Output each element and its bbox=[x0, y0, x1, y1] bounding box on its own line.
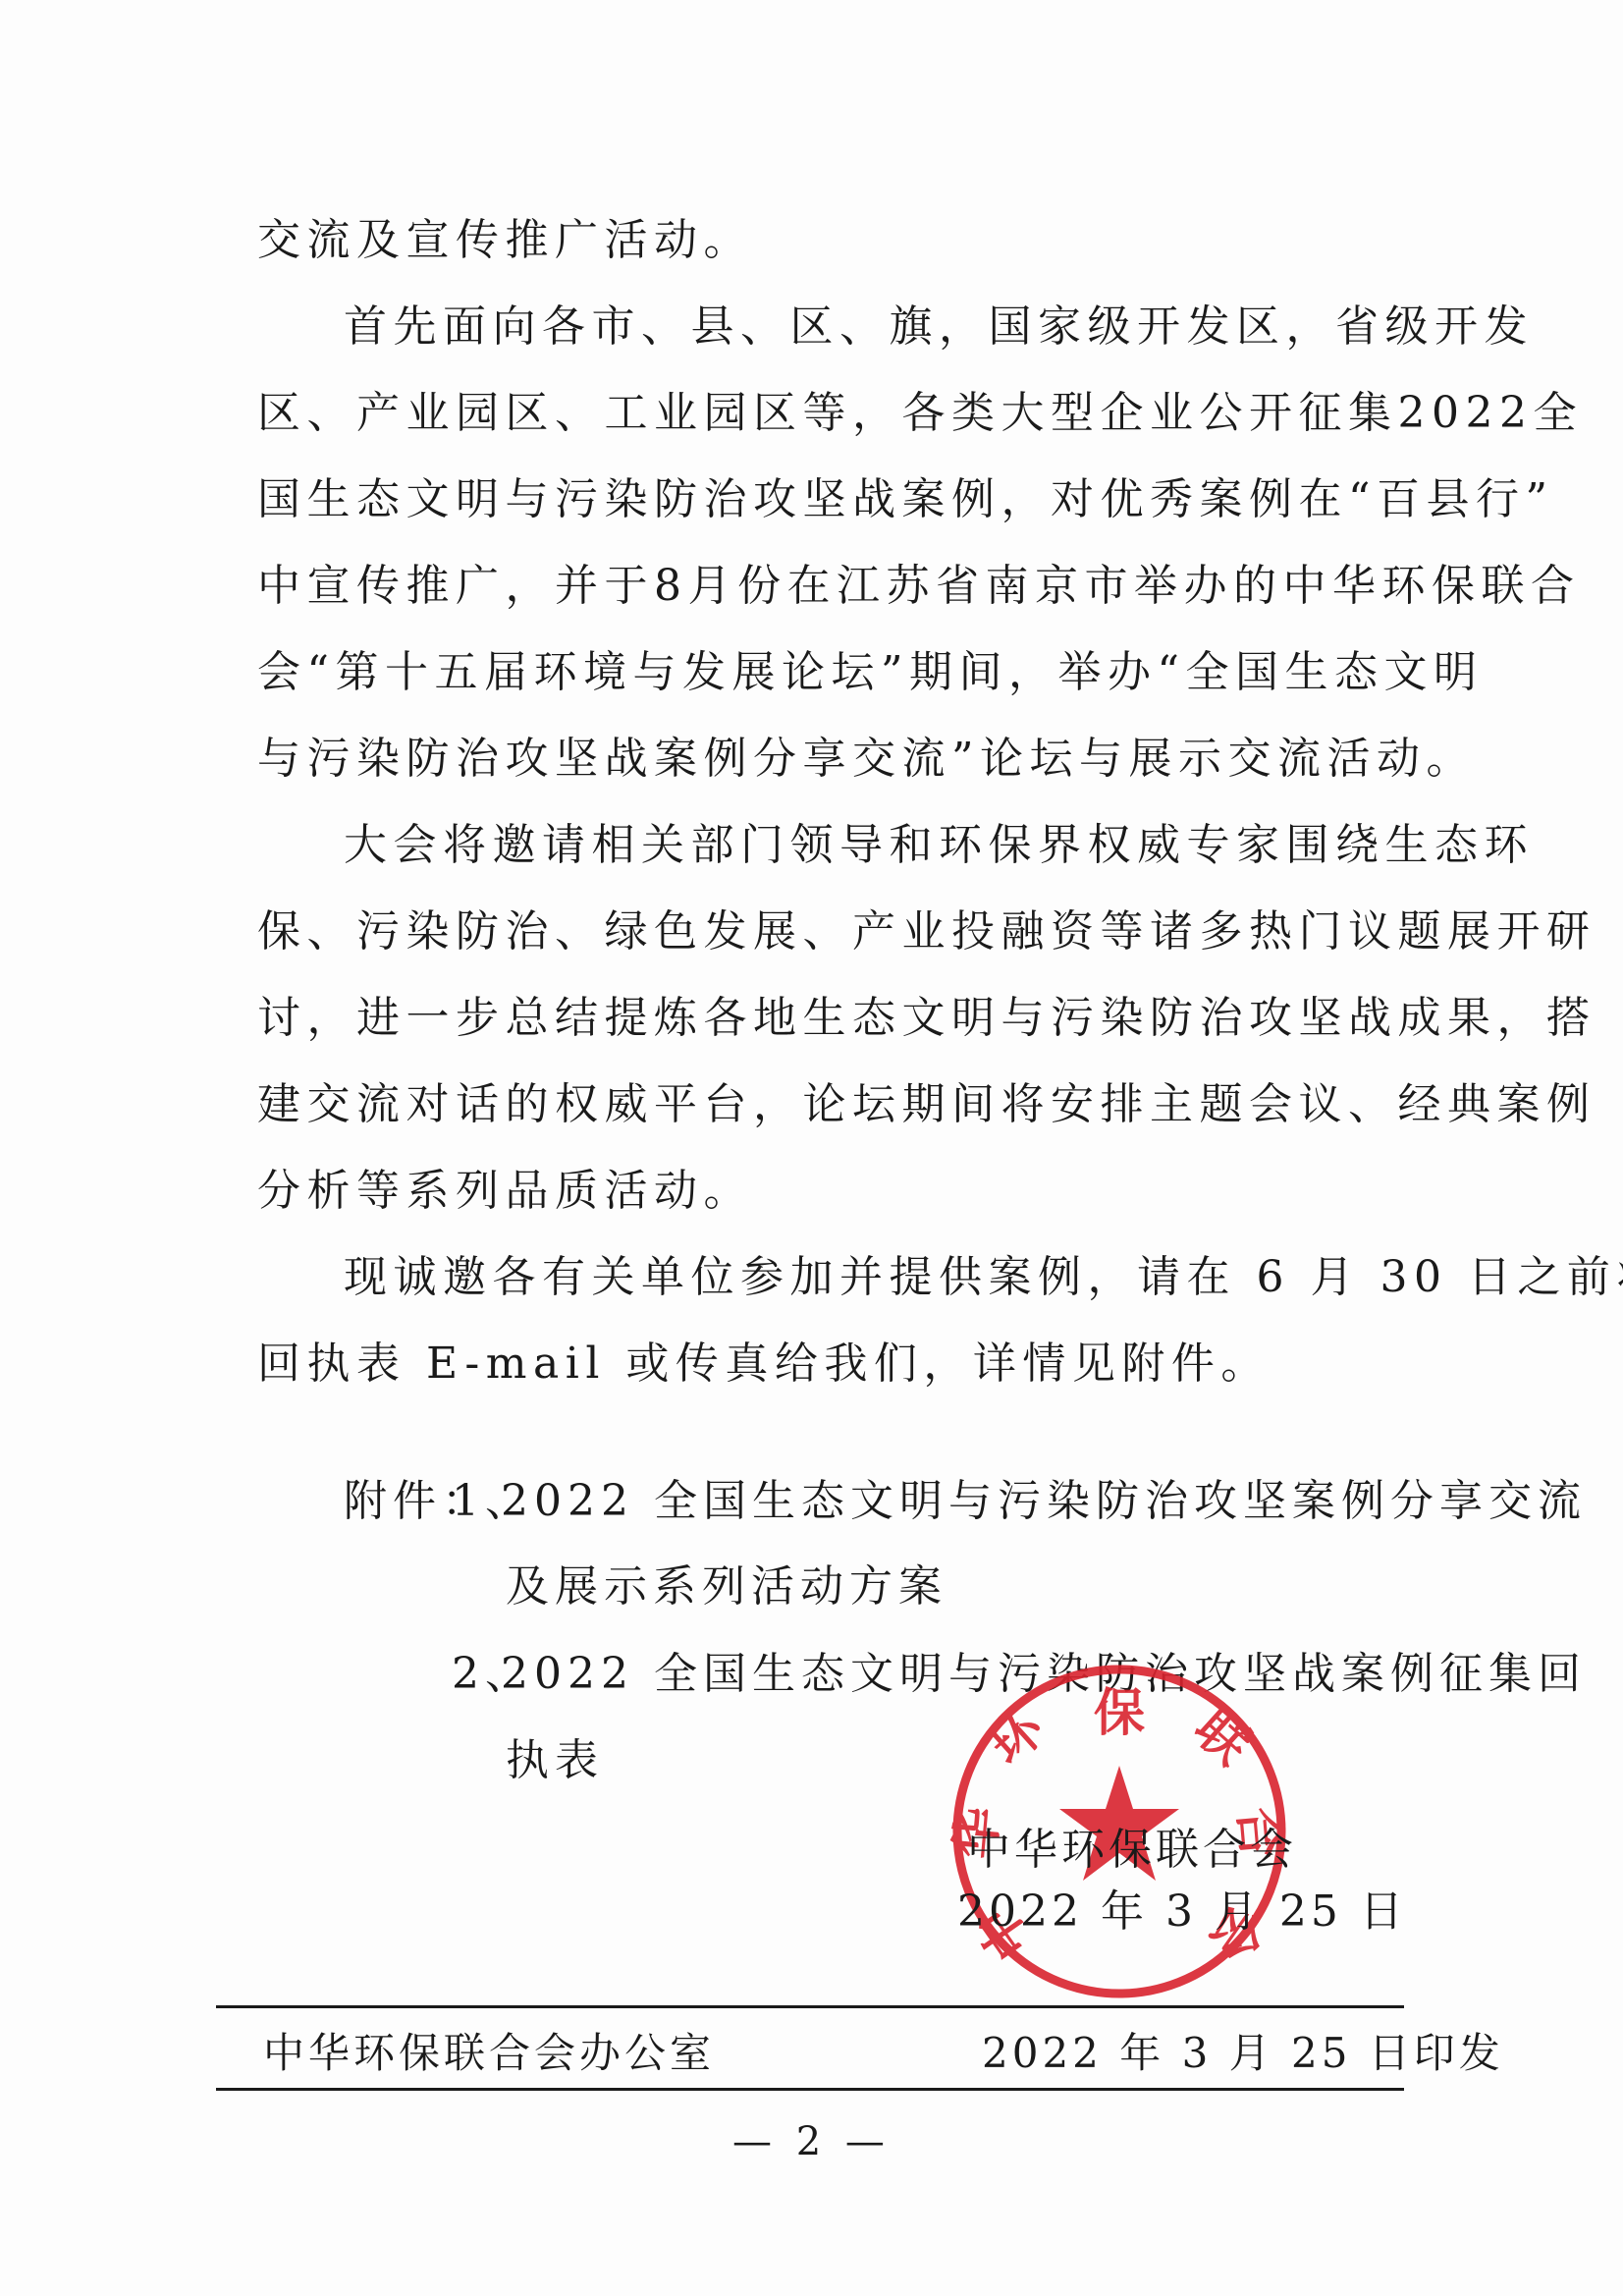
body-line: 会“第十五届环境与发展论坛”期间，举办“全国生态文明 bbox=[257, 644, 1391, 701]
body-line: 讨，进一步总结提炼各地生态文明与污染防治攻坚战成果，搭 bbox=[257, 990, 1391, 1047]
body-line: 回执表 E-mail 或传真给我们，详情见附件。 bbox=[257, 1336, 1391, 1393]
body-line: 保、污染防治、绿色发展、产业投融资等诸多热门议题展开研 bbox=[257, 903, 1391, 960]
attachment-title: 2022 全国生态文明与污染防治攻坚案例分享交流 bbox=[501, 1473, 1587, 1530]
svg-text:环: 环 bbox=[978, 1697, 1056, 1777]
signature-organization: 中华环保联合会 bbox=[967, 1822, 1297, 1879]
document-page: 交流及宣传推广活动。 首先面向各市、县、区、旗，国家级开发区，省级开发 区、产业… bbox=[0, 0, 1623, 2296]
paragraph-start-line: 首先面向各市、县、区、旗，国家级开发区，省级开发 bbox=[344, 299, 1391, 355]
body-line: 分析等系列品质活动。 bbox=[257, 1163, 1391, 1220]
page-number: — 2 — bbox=[0, 2119, 1623, 2164]
footer-issue-date: 2022 年 3 月 25 日印发 bbox=[982, 2026, 1504, 2081]
attachment-title-cont: 执表 bbox=[506, 1732, 604, 1789]
body-line: 区、产业园区、工业园区等，各类大型企业公开征集2022全 bbox=[257, 385, 1391, 442]
body-line: 与污染防治攻坚战案例分享交流”论坛与展示交流活动。 bbox=[257, 731, 1391, 788]
footer-issuer: 中华环保联合会办公室 bbox=[263, 2026, 715, 2081]
signature-date: 2022 年 3 月 25 日 bbox=[957, 1884, 1407, 1941]
svg-text:保: 保 bbox=[1094, 1684, 1145, 1743]
paragraph-start-line: 现诚邀各有关单位参加并提供案例，请在 6 月 30 日之前将 bbox=[344, 1249, 1391, 1306]
body-line: 交流及宣传推广活动。 bbox=[257, 212, 1391, 269]
footer-top-rule bbox=[216, 2005, 1404, 2008]
svg-text:联: 联 bbox=[1183, 1699, 1261, 1777]
footer-bottom-rule bbox=[216, 2088, 1404, 2091]
body-line: 建交流对话的权威平台，论坛期间将安排主题会议、经典案例 bbox=[257, 1076, 1391, 1133]
attachment-title-cont: 及展示系列活动方案 bbox=[506, 1558, 947, 1615]
body-line: 中宣传推广，并于8月份在江苏省南京市举办的中华环保联合 bbox=[257, 558, 1391, 615]
body-line: 国生态文明与污染防治攻坚战案例，对优秀案例在“百县行” bbox=[257, 471, 1391, 528]
paragraph-start-line: 大会将邀请相关部门领导和环保界权威专家围绕生态环 bbox=[344, 817, 1391, 874]
